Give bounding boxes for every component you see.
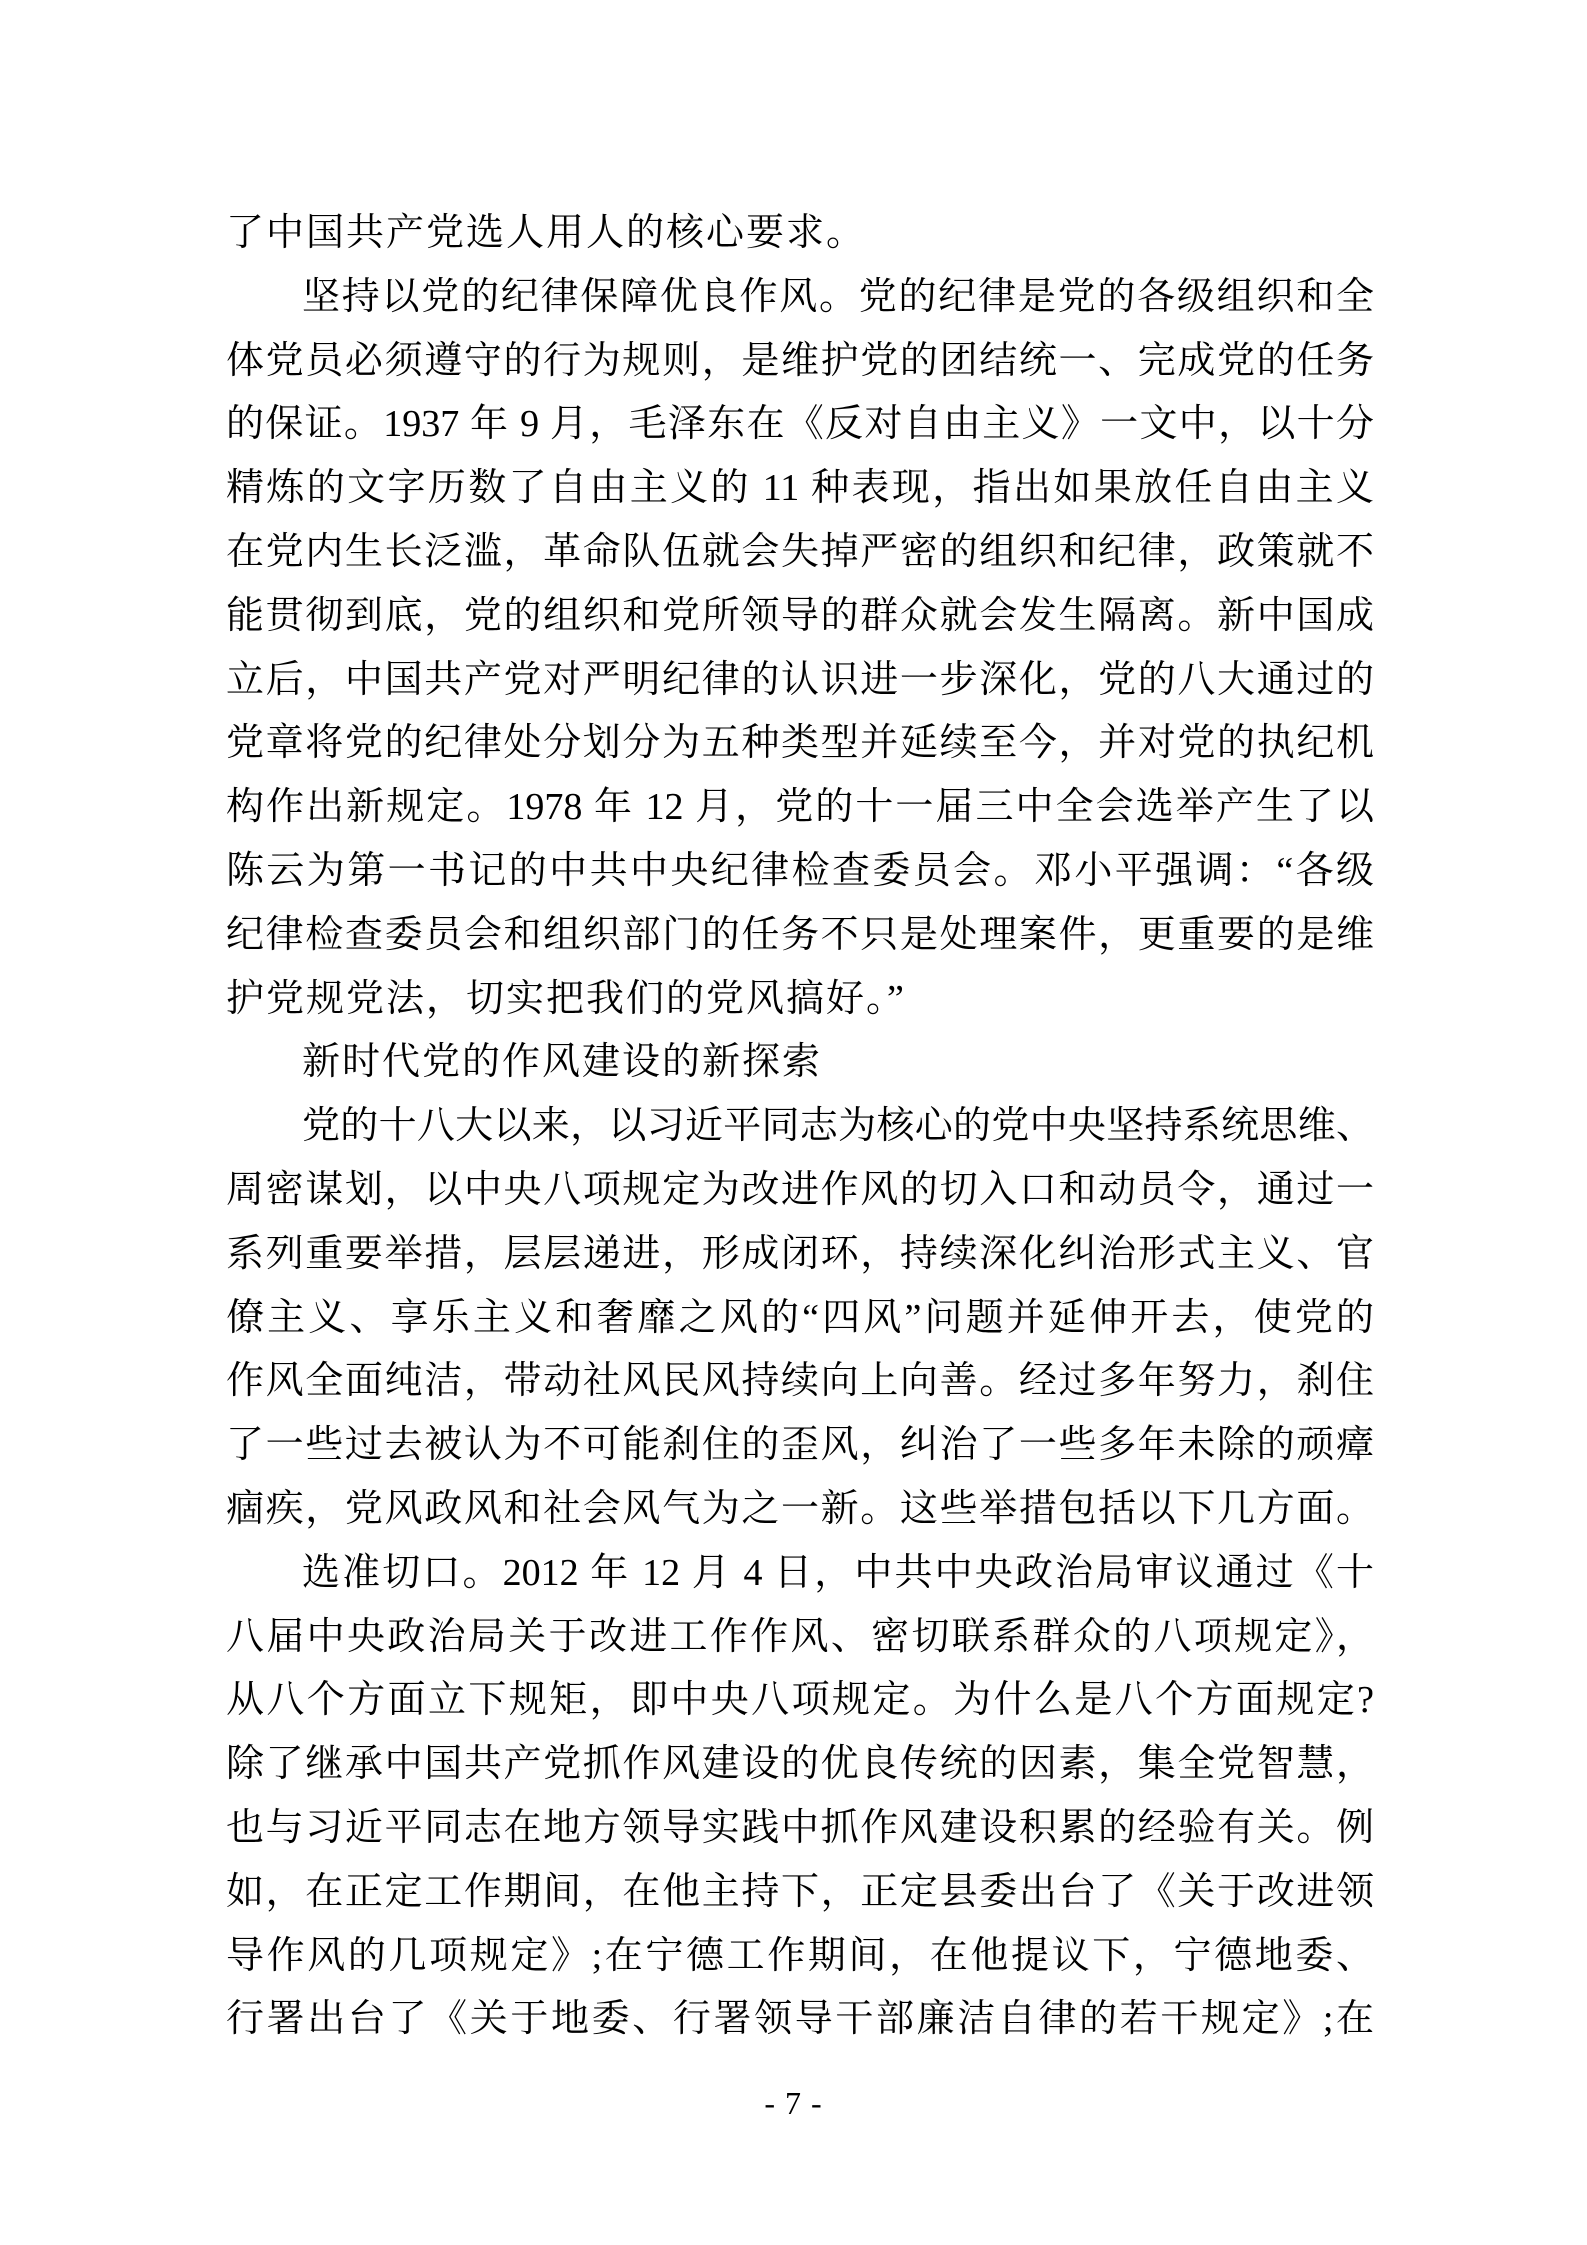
text-line: 周密谋划，以中央八项规定为改进作风的切入口和动员令，通过一 xyxy=(226,1159,1374,1223)
text-line: 在党内生长泛滥，革命队伍就会失掉严密的组织和纪律，政策就不 xyxy=(226,521,1374,585)
text-line: 也与习近平同志在地方领导实践中抓作风建设积累的经验有关。例 xyxy=(226,1797,1374,1861)
text-line: 体党员必须遵守的行为规则，是维护党的团结统一、完成党的任务 xyxy=(226,330,1374,394)
text-line: 如，在正定工作期间，在他主持下，正定县委出台了《关于改进领 xyxy=(226,1861,1374,1925)
page-number: - 7 - xyxy=(0,2083,1587,2123)
text-line: 导作风的几项规定》;在宁德工作期间，在他提议下，宁德地委、 xyxy=(226,1925,1374,1989)
text-line: 除了继承中国共产党抓作风建设的优良传统的因素，集全党智慧， xyxy=(226,1733,1374,1797)
text-line: 党的十八大以来，以习近平同志为核心的党中央坚持系统思维、 xyxy=(226,1095,1374,1159)
text-line: 构作出新规定。1978 年 12 月，党的十一届三中全会选举产生了以 xyxy=(226,776,1374,840)
text-line: 八届中央政治局关于改进工作作风、密切联系群众的八项规定》， xyxy=(226,1606,1374,1670)
document-body: 了中国共产党选人用人的核心要求。 坚持以党的纪律保障优良作风。党的纪律是党的各级… xyxy=(226,202,1374,2052)
text-line: 作风全面纯洁，带动社风民风持续向上向善。经过多年努力，刹住 xyxy=(226,1350,1374,1414)
text-line: 痼疾，党风政风和社会风气为之一新。这些举措包括以下几方面。 xyxy=(226,1478,1374,1542)
text-line: 党章将党的纪律处分划分为五种类型并延续至今，并对党的执纪机 xyxy=(226,712,1374,776)
text-line: 精炼的文字历数了自由主义的 11 种表现，指出如果放任自由主义 xyxy=(226,457,1374,521)
text-line: 系列重要举措，层层递进，形成闭环，持续深化纠治形式主义、官 xyxy=(226,1223,1374,1287)
document-page: 了中国共产党选人用人的核心要求。 坚持以党的纪律保障优良作风。党的纪律是党的各级… xyxy=(0,0,1587,2245)
text-line: 新时代党的作风建设的新探索 xyxy=(226,1031,1374,1095)
text-line: 立后，中国共产党对严明纪律的认识进一步深化，党的八大通过的 xyxy=(226,649,1374,713)
text-line: 行署出台了《关于地委、行署领导干部廉洁自律的若干规定》;在 xyxy=(226,1988,1374,2052)
text-line: 选准切口。2012 年 12 月 4 日，中共中央政治局审议通过《十 xyxy=(226,1542,1374,1606)
text-line: 陈云为第一书记的中共中央纪律检查委员会。邓小平强调：“各级 xyxy=(226,840,1374,904)
text-line: 从八个方面立下规矩，即中央八项规定。为什么是八个方面规定? xyxy=(226,1669,1374,1733)
text-line: 能贯彻到底，党的组织和党所领导的群众就会发生隔离。新中国成 xyxy=(226,585,1374,649)
text-line: 护党规党法，切实把我们的党风搞好。” xyxy=(226,968,1374,1032)
text-line: 纪律检查委员会和组织部门的任务不只是处理案件，更重要的是维 xyxy=(226,904,1374,968)
text-line: 了中国共产党选人用人的核心要求。 xyxy=(226,202,1374,266)
text-line: 僚主义、享乐主义和奢靡之风的“四风”问题并延伸开去，使党的 xyxy=(226,1287,1374,1351)
text-line: 了一些过去被认为不可能刹住的歪风，纠治了一些多年未除的顽瘴 xyxy=(226,1414,1374,1478)
text-line: 的保证。1937 年 9 月，毛泽东在《反对自由主义》一文中，以十分 xyxy=(226,393,1374,457)
text-line: 坚持以党的纪律保障优良作风。党的纪律是党的各级组织和全 xyxy=(226,266,1374,330)
